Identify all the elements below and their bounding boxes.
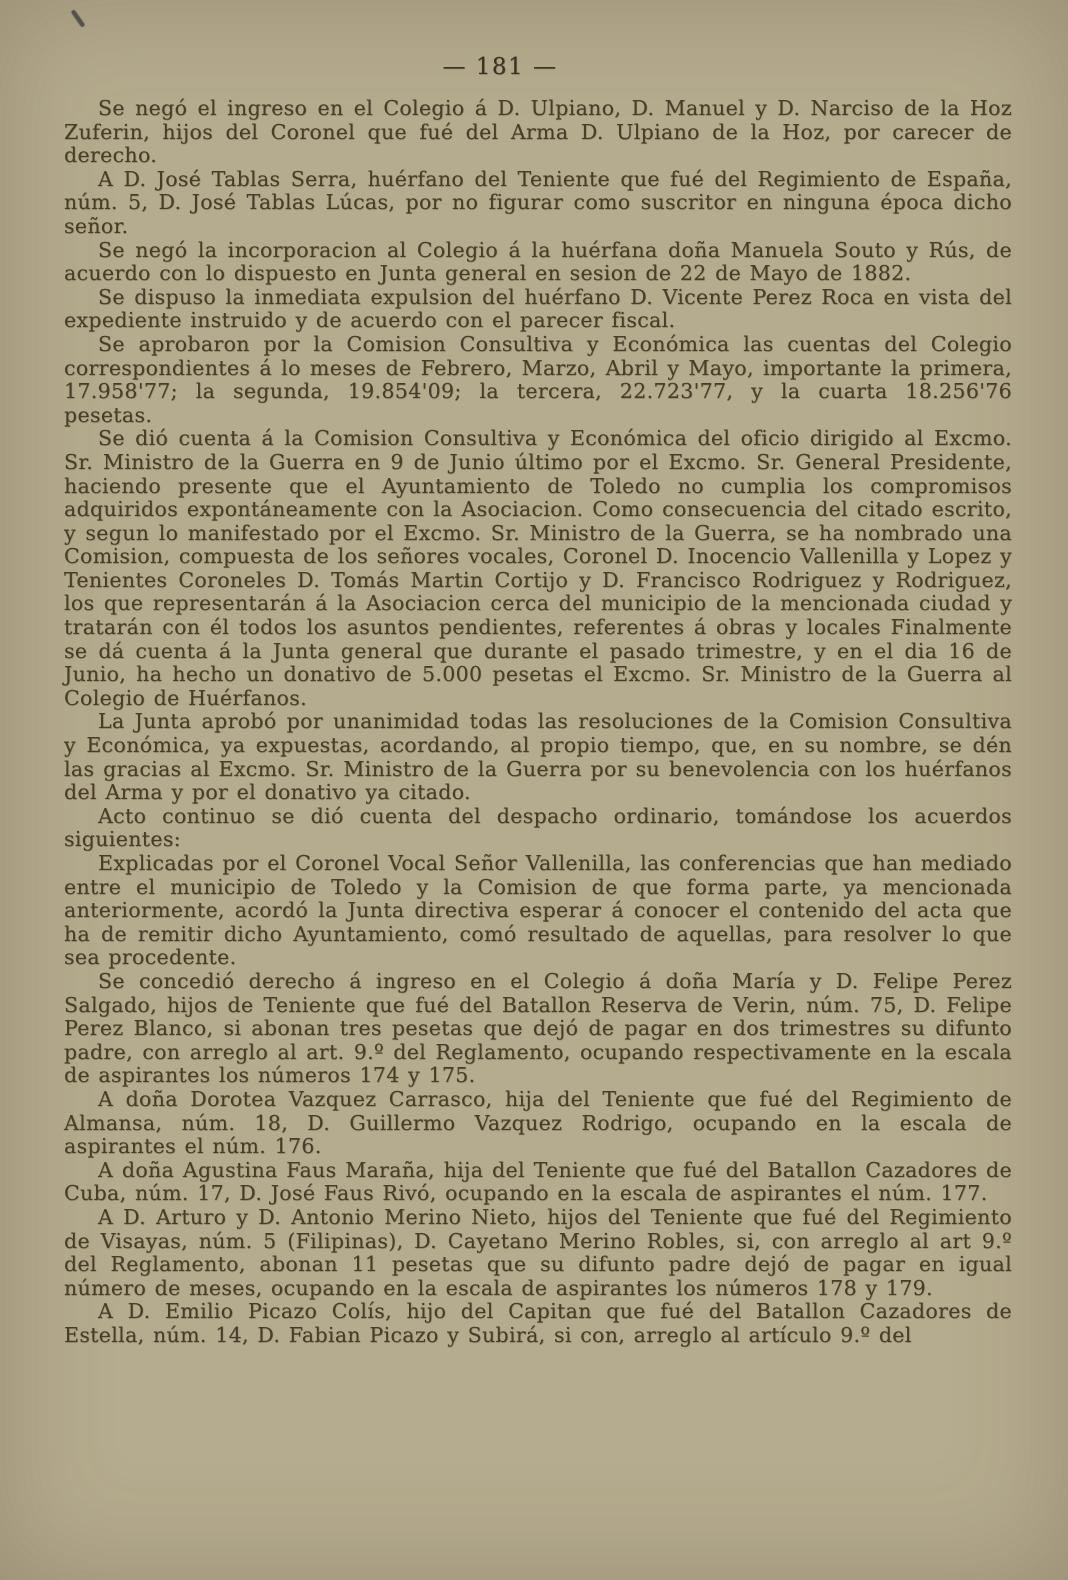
paragraph: A D. Emilio Picazo Colís, hijo del Capit…	[64, 1300, 1012, 1347]
paragraph: Se negó el ingreso en el Colegio á D. Ul…	[64, 97, 1012, 168]
ink-scratch-mark	[71, 10, 85, 28]
paragraph: Se dispuso la inmediata expulsion del hu…	[64, 286, 1012, 333]
paragraph: Se aprobaron por la Comision Consultiva …	[64, 333, 1012, 427]
paragraph: La Junta aprobó por unanimidad todas las…	[64, 710, 1012, 804]
paragraph: Explicadas por el Coronel Vocal Señor Va…	[64, 852, 1012, 970]
scanned-document-page: — 181 — Se negó el ingreso en el Colegio…	[0, 0, 1068, 1580]
page-body: Se negó el ingreso en el Colegio á D. Ul…	[64, 97, 1012, 1347]
paragraph: A doña Dorotea Vazquez Carrasco, hija de…	[64, 1088, 1012, 1159]
paragraph: A D. José Tablas Serra, huérfano del Ten…	[64, 168, 1012, 239]
paragraph: Se dió cuenta á la Comision Consultiva y…	[64, 427, 1012, 710]
paragraph: Se concedió derecho á ingreso en el Cole…	[64, 970, 1012, 1088]
page-number: — 181 —	[0, 54, 1000, 80]
paragraph: A D. Arturo y D. Antonio Merino Nieto, h…	[64, 1206, 1012, 1300]
paragraph: Se negó la incorporacion al Colegio á la…	[64, 239, 1012, 286]
paragraph: Acto continuo se dió cuenta del despacho…	[64, 805, 1012, 852]
paragraph: A doña Agustina Faus Maraña, hija del Te…	[64, 1159, 1012, 1206]
